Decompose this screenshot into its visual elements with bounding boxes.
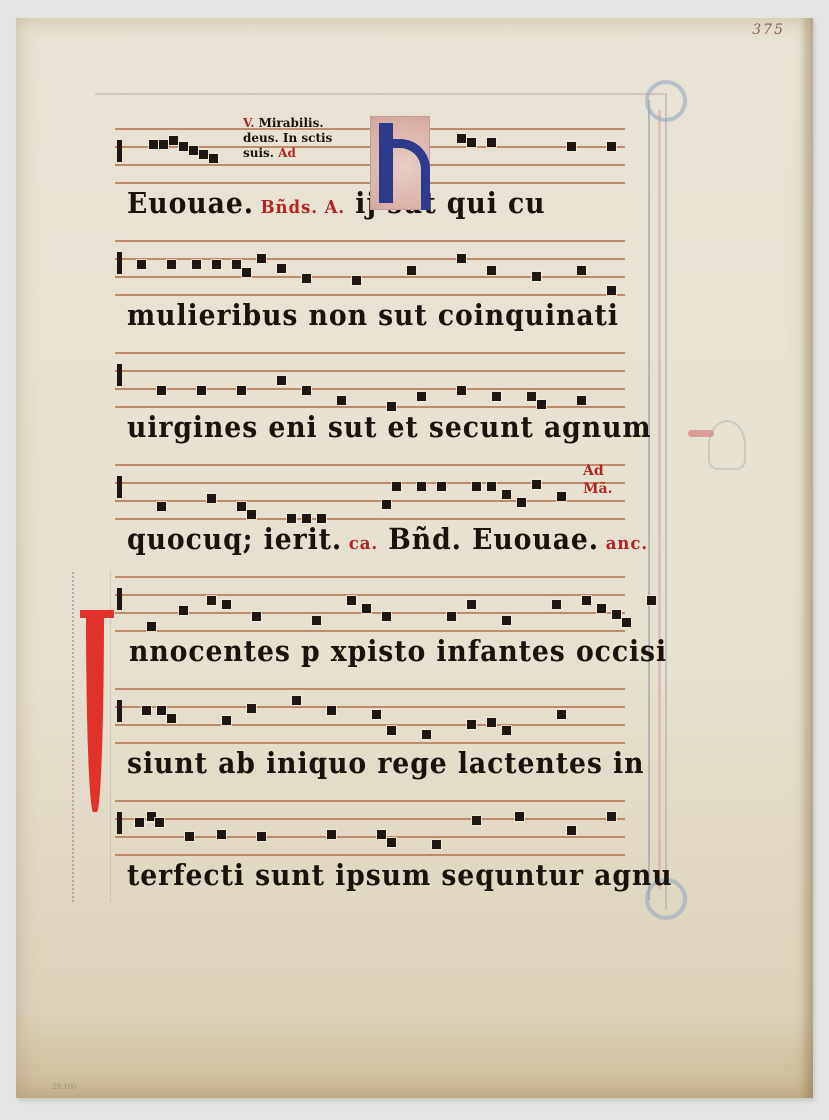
staff-line bbox=[115, 630, 625, 632]
staff-line bbox=[115, 854, 625, 856]
square-neume bbox=[472, 816, 481, 825]
staff-line bbox=[115, 706, 625, 708]
music-staff bbox=[115, 800, 625, 860]
square-neume bbox=[247, 510, 256, 519]
lyric-line: mulieribus non sut coinquinati bbox=[127, 298, 619, 332]
square-neume bbox=[142, 706, 151, 715]
square-neume bbox=[237, 502, 246, 511]
clef-icon bbox=[117, 252, 122, 274]
square-neume bbox=[457, 386, 466, 395]
chant-system: uirgines eni sut et secunt agnum bbox=[115, 344, 625, 456]
square-neume bbox=[209, 154, 218, 163]
lyric-text: quocuq; ierit. bbox=[127, 522, 342, 556]
square-neume bbox=[135, 818, 144, 827]
square-neume bbox=[207, 596, 216, 605]
square-neume bbox=[212, 260, 221, 269]
square-neume bbox=[257, 832, 266, 841]
square-neume bbox=[277, 376, 286, 385]
square-neume bbox=[515, 812, 524, 821]
square-neume bbox=[157, 706, 166, 715]
square-neume bbox=[382, 612, 391, 621]
music-staff bbox=[115, 688, 625, 748]
square-neume bbox=[277, 264, 286, 273]
square-neume bbox=[222, 600, 231, 609]
staff-line bbox=[115, 276, 625, 278]
square-neume bbox=[517, 498, 526, 507]
clef-icon bbox=[117, 700, 122, 722]
square-neume bbox=[247, 704, 256, 713]
square-neume bbox=[487, 138, 496, 147]
lyric-line: Euouae. Bñds. A. ij sut qui cu bbox=[127, 186, 545, 220]
music-staff bbox=[115, 464, 625, 524]
cue-text: deus. In sctis bbox=[243, 131, 332, 145]
square-neume bbox=[492, 392, 501, 401]
staff-line bbox=[115, 294, 625, 296]
square-neume bbox=[302, 386, 311, 395]
staff-line bbox=[115, 518, 625, 520]
square-neume bbox=[472, 482, 481, 491]
initial-h-illuminated bbox=[370, 116, 430, 210]
lyric-text: terfecti sunt ipsum sequntur agnu bbox=[127, 858, 673, 892]
square-neume bbox=[199, 150, 208, 159]
lyric-text: Euouae. bbox=[127, 186, 254, 220]
square-neume bbox=[292, 696, 301, 705]
chant-text-block: Euouae. Bñds. A. ij sut qui cuV. Mirabil… bbox=[115, 120, 625, 904]
staff-line bbox=[115, 500, 625, 502]
roundel-top-icon bbox=[645, 80, 687, 122]
square-neume bbox=[179, 606, 188, 615]
square-neume bbox=[532, 272, 541, 281]
square-neume bbox=[487, 266, 496, 275]
square-neume bbox=[527, 392, 536, 401]
square-neume bbox=[387, 838, 396, 847]
lyric-text: uirgines eni sut et secunt agnum bbox=[127, 410, 652, 444]
music-staff bbox=[115, 240, 625, 300]
frame-rule-blue bbox=[648, 100, 650, 900]
lyric-line: terfecti sunt ipsum sequntur agnu bbox=[127, 858, 673, 892]
lyric-text: nnocentes p xpisto infantes occisi bbox=[129, 634, 667, 668]
square-neume bbox=[252, 612, 261, 621]
staff-line bbox=[115, 464, 625, 466]
clef-icon bbox=[117, 140, 122, 162]
square-neume bbox=[417, 482, 426, 491]
staff-line bbox=[115, 742, 625, 744]
chant-system: nnocentes p xpisto infantes occisi bbox=[115, 568, 625, 680]
initial-i-illuminated bbox=[72, 572, 112, 902]
rubric-text: ca. bbox=[342, 533, 378, 554]
square-neume bbox=[217, 830, 226, 839]
square-neume bbox=[487, 718, 496, 727]
staff-line bbox=[115, 352, 625, 354]
square-neume bbox=[647, 596, 656, 605]
square-neume bbox=[327, 830, 336, 839]
square-neume bbox=[382, 500, 391, 509]
staff-line bbox=[115, 482, 625, 484]
side-rubric: AdMã. bbox=[583, 462, 612, 498]
chant-system: quocuq; ierit. ca. Bñd. Euouae. anc.AdMã… bbox=[115, 456, 625, 568]
square-neume bbox=[207, 494, 216, 503]
clef-icon bbox=[117, 476, 122, 498]
music-staff bbox=[115, 352, 625, 412]
cue-text: Mirabilis. bbox=[259, 116, 324, 130]
square-neume bbox=[437, 482, 446, 491]
square-neume bbox=[189, 146, 198, 155]
square-neume bbox=[467, 600, 476, 609]
square-neume bbox=[567, 142, 576, 151]
folio-number: 375 bbox=[752, 22, 785, 38]
staff-line bbox=[115, 240, 625, 242]
chant-system: Euouae. Bñds. A. ij sut qui cuV. Mirabil… bbox=[115, 120, 625, 232]
square-neume bbox=[432, 840, 441, 849]
square-neume bbox=[457, 134, 466, 143]
square-neume bbox=[347, 596, 356, 605]
square-neume bbox=[607, 142, 616, 151]
square-neume bbox=[155, 818, 164, 827]
square-neume bbox=[137, 260, 146, 269]
lyric-text: mulieribus non sut coinquinati bbox=[127, 298, 619, 332]
square-neume bbox=[407, 266, 416, 275]
versicle-cue: V. Mirabilis. deus. In sctis suis. Ad bbox=[243, 116, 353, 161]
square-neume bbox=[222, 716, 231, 725]
square-neume bbox=[167, 260, 176, 269]
rubric-text: Bñds. A. bbox=[254, 197, 345, 218]
square-neume bbox=[502, 726, 511, 735]
square-neume bbox=[147, 622, 156, 631]
square-neume bbox=[392, 482, 401, 491]
square-neume bbox=[557, 710, 566, 719]
square-neume bbox=[567, 826, 576, 835]
cue-text: suis. bbox=[243, 146, 278, 160]
square-neume bbox=[417, 392, 426, 401]
square-neume bbox=[612, 610, 621, 619]
square-neume bbox=[457, 254, 466, 263]
staff-line bbox=[115, 406, 625, 408]
lyric-line: uirgines eni sut et secunt agnum bbox=[127, 410, 652, 444]
square-neume bbox=[422, 730, 431, 739]
chant-system: mulieribus non sut coinquinati bbox=[115, 232, 625, 344]
square-neume bbox=[622, 618, 631, 627]
staff-line bbox=[115, 818, 625, 820]
square-neume bbox=[582, 596, 591, 605]
square-neume bbox=[372, 710, 381, 719]
clef-icon bbox=[117, 588, 122, 610]
marginal-ghost-figure bbox=[708, 420, 746, 470]
square-neume bbox=[237, 386, 246, 395]
square-neume bbox=[197, 386, 206, 395]
marginal-drawing bbox=[688, 420, 748, 470]
square-neume bbox=[447, 612, 456, 621]
square-neume bbox=[377, 830, 386, 839]
square-neume bbox=[552, 600, 561, 609]
inventory-mark: 29.100 bbox=[52, 1083, 77, 1091]
initial-h-bow bbox=[393, 139, 430, 210]
square-neume bbox=[337, 396, 346, 405]
lyric-line: siunt ab iniquo rege lactentes in bbox=[127, 746, 644, 780]
square-neume bbox=[502, 490, 511, 499]
lyric-text: Bñd. Euouae. bbox=[378, 522, 599, 556]
square-neume bbox=[557, 492, 566, 501]
frame-rule-red bbox=[658, 110, 661, 890]
square-neume bbox=[149, 140, 158, 149]
square-neume bbox=[169, 136, 178, 145]
square-neume bbox=[242, 268, 251, 277]
clef-icon bbox=[117, 812, 122, 834]
square-neume bbox=[232, 260, 241, 269]
square-neume bbox=[167, 714, 176, 723]
square-neume bbox=[192, 260, 201, 269]
square-neume bbox=[502, 616, 511, 625]
cue-rubric: Ad bbox=[278, 146, 296, 160]
square-neume bbox=[532, 480, 541, 489]
square-neume bbox=[577, 266, 586, 275]
square-neume bbox=[537, 400, 546, 409]
square-neume bbox=[302, 274, 311, 283]
square-neume bbox=[387, 726, 396, 735]
staff-line bbox=[115, 388, 625, 390]
rubric-text: anc. bbox=[599, 533, 648, 554]
chant-system: siunt ab iniquo rege lactentes in bbox=[115, 680, 625, 792]
square-neume bbox=[597, 604, 606, 613]
chant-system: terfecti sunt ipsum sequntur agnu bbox=[115, 792, 625, 904]
lyric-line: quocuq; ierit. ca. Bñd. Euouae. anc. bbox=[127, 522, 648, 556]
staff-line bbox=[115, 594, 625, 596]
staff-line bbox=[115, 370, 625, 372]
square-neume bbox=[577, 396, 586, 405]
square-neume bbox=[362, 604, 371, 613]
square-neume bbox=[179, 142, 188, 151]
square-neume bbox=[327, 706, 336, 715]
clef-icon bbox=[117, 364, 122, 386]
square-neume bbox=[467, 138, 476, 147]
initial-h-stem bbox=[379, 123, 393, 203]
square-neume bbox=[607, 812, 616, 821]
music-staff bbox=[115, 576, 625, 636]
lyric-text: siunt ab iniquo rege lactentes in bbox=[127, 746, 644, 780]
square-neume bbox=[157, 502, 166, 511]
staff-line bbox=[115, 724, 625, 726]
lyric-line: nnocentes p xpisto infantes occisi bbox=[129, 634, 667, 668]
staff-line bbox=[115, 688, 625, 690]
square-neume bbox=[257, 254, 266, 263]
versicle-mark: V. bbox=[243, 116, 254, 130]
square-neume bbox=[185, 832, 194, 841]
square-neume bbox=[157, 386, 166, 395]
square-neume bbox=[159, 140, 168, 149]
staff-line bbox=[115, 576, 625, 578]
square-neume bbox=[607, 286, 616, 295]
square-neume bbox=[312, 616, 321, 625]
staff-line bbox=[115, 800, 625, 802]
square-neume bbox=[487, 482, 496, 491]
square-neume bbox=[352, 276, 361, 285]
square-neume bbox=[467, 720, 476, 729]
